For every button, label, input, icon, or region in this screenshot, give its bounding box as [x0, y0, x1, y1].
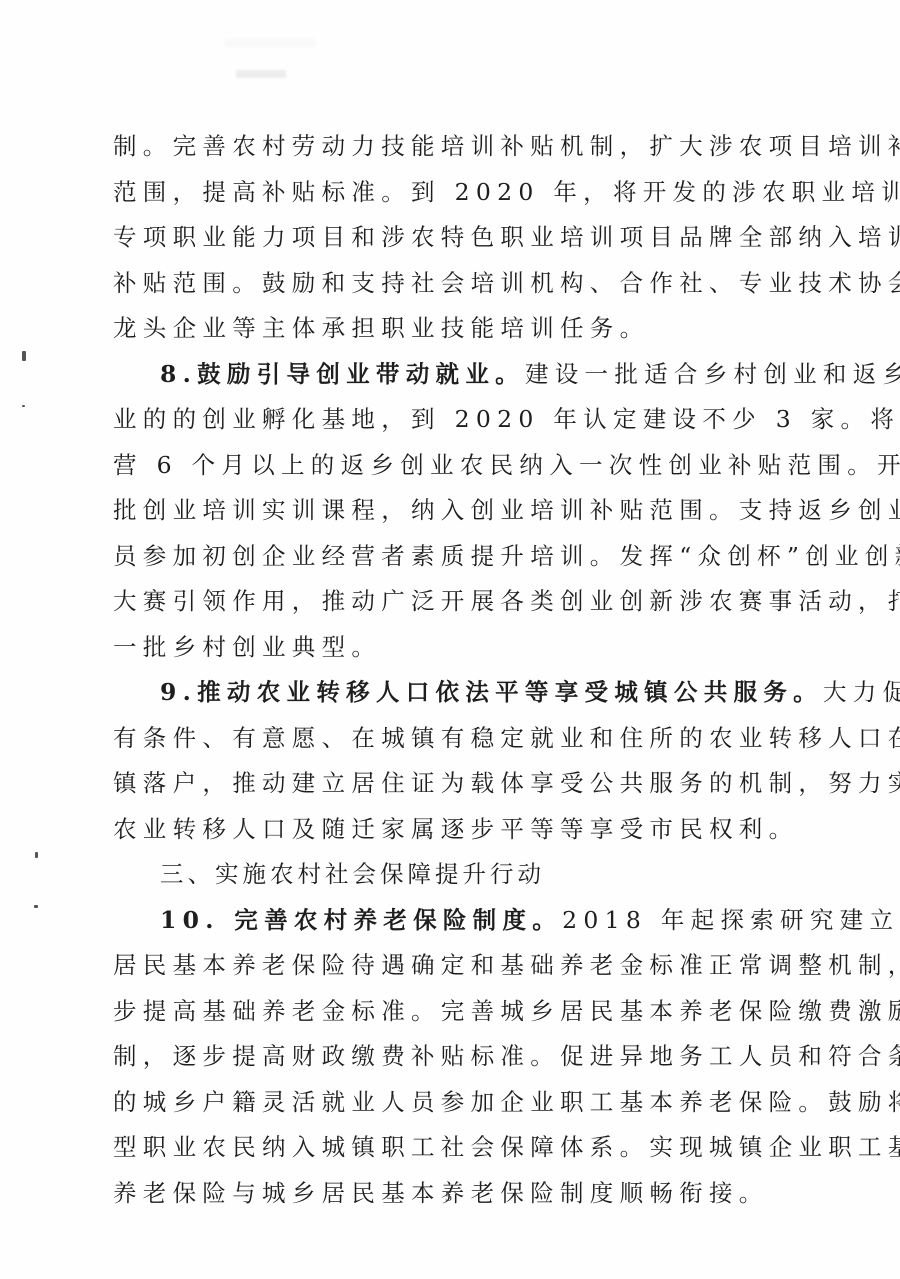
- binding-hole-mark: [35, 852, 38, 858]
- item-text: 大力促进: [823, 678, 900, 706]
- binding-hole-mark: [22, 405, 25, 407]
- text-line: 专项职业能力项目和涉农特色职业培训项目品牌全部纳入培训: [113, 215, 795, 261]
- item-title: 9.推动农业转移人口依法平等享受城镇公共服务。: [160, 678, 823, 706]
- item-title: 10. 完善农村养老保险制度。: [160, 906, 562, 934]
- binding-hole-mark: [22, 351, 26, 361]
- text-line: 营 6 个月以上的返乡创业农民纳入一次性创业补贴范围。开发一: [113, 443, 795, 489]
- text-line: 镇落户，推动建立居住证为载体享受公共服务的机制，努力实现: [113, 761, 795, 807]
- paragraph-item-8: 8.鼓励引导创业带动就业。建设一批适合乡村创业和返乡创 业的的创业孵化基地，到 …: [113, 352, 795, 671]
- text-line: 补贴范围。鼓励和支持社会培训机构、合作社、专业技术协会、: [113, 261, 795, 307]
- text-line: 制。完善农村劳动力技能培训补贴机制，扩大涉农项目培训补贴: [113, 124, 795, 170]
- text-line: 批创业培训实训课程，纳入创业培训补贴范围。支持返乡创业人: [113, 488, 795, 534]
- document-page: 制。完善农村劳动力技能培训补贴机制，扩大涉农项目培训补贴 范围，提高补贴标准。到…: [0, 0, 900, 1279]
- text-line: 员参加初创企业经营者素质提升培训。发挥“众创杯”创业创新: [113, 534, 795, 580]
- faded-header-mark: [225, 40, 315, 46]
- text-line: 步提高基础养老金标准。完善城乡居民基本养老保险缴费激励机: [113, 989, 795, 1035]
- faded-header-text: [236, 70, 286, 78]
- binding-hole-mark: [34, 905, 38, 908]
- paragraph-item-10: 10. 完善农村养老保险制度。2018 年起探索研究建立城乡 居民基本养老保险待…: [113, 898, 795, 1217]
- text-line: 9.推动农业转移人口依法平等享受城镇公共服务。大力促进: [113, 670, 795, 716]
- text-line: 一批乡村创业典型。: [113, 625, 795, 671]
- page-number: 5: [445, 1190, 452, 1206]
- text-line: 8.鼓励引导创业带动就业。建设一批适合乡村创业和返乡创: [113, 352, 795, 398]
- text-line: 10. 完善农村养老保险制度。2018 年起探索研究建立城乡: [113, 898, 795, 944]
- paragraph-item-9: 9.推动农业转移人口依法平等享受城镇公共服务。大力促进 有条件、有意愿、在城镇有…: [113, 670, 795, 852]
- paragraph-continuation: 制。完善农村劳动力技能培训补贴机制，扩大涉农项目培训补贴 范围，提高补贴标准。到…: [113, 124, 795, 352]
- text-line: 大赛引领作用，推动广泛开展各类创业创新涉农赛事活动，打造: [113, 579, 795, 625]
- text-line: 业的的创业孵化基地，到 2020 年认定建设不少 3 家。将正常经: [113, 397, 795, 443]
- text-line: 制，逐步提高财政缴费补贴标准。促进异地务工人员和符合条件: [113, 1034, 795, 1080]
- text-line: 型职业农民纳入城镇职工社会保障体系。实现城镇企业职工基本: [113, 1125, 795, 1171]
- section-heading: 三、实施农村社会保障提升行动: [113, 852, 795, 898]
- document-body: 制。完善农村劳动力技能培训补贴机制，扩大涉农项目培训补贴 范围，提高补贴标准。到…: [113, 124, 795, 1216]
- item-text: 建设一批适合乡村创业和返乡创: [525, 360, 900, 388]
- text-line: 养老保险与城乡居民基本养老保险制度顺畅衔接。: [113, 1171, 795, 1217]
- item-text: 2018 年起探索研究建立城乡: [562, 906, 900, 934]
- text-line: 的城乡户籍灵活就业人员参加企业职工基本养老保险。鼓励将新: [113, 1080, 795, 1126]
- text-line: 龙头企业等主体承担职业技能培训任务。: [113, 306, 795, 352]
- item-title: 8.鼓励引导创业带动就业。: [160, 360, 525, 388]
- text-line: 有条件、有意愿、在城镇有稳定就业和住所的农业转移人口在城: [113, 716, 795, 762]
- text-line: 范围，提高补贴标准。到 2020 年，将开发的涉农职业培训包、: [113, 170, 795, 216]
- text-line: 居民基本养老保险待遇确定和基础养老金标准正常调整机制，逐: [113, 943, 795, 989]
- text-line: 农业转移人口及随迁家属逐步平等等享受市民权利。: [113, 807, 795, 853]
